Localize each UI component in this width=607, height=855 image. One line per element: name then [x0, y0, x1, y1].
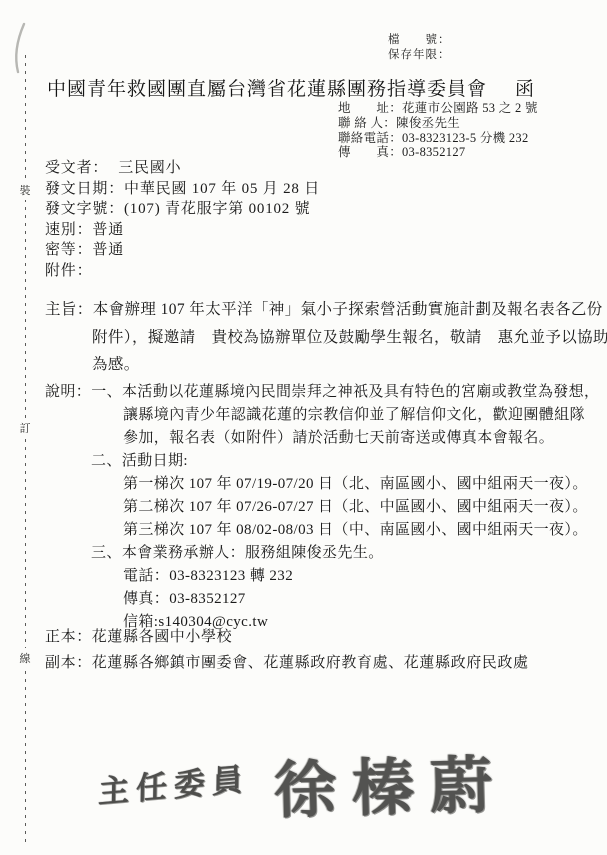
document-meta-fields: 受文者：三民國小 發文日期：中華民國 107 年 05 月 28 日 發文字號：…: [45, 158, 320, 282]
binding-mark-ding: 訂: [17, 418, 33, 438]
subject-line: 本會辦理 107 年太平洋「神」氣小子探索營活動實施計劃及報名表各乙份（如: [93, 296, 607, 324]
signature-block: 主任委員 徐榛蔚: [98, 738, 508, 827]
item-1-line: 參加，報名表（如附件）請於活動七天前寄送或傳真本會報名。: [45, 427, 599, 450]
item-2-session-line: 第二梯次 107 年 07/26-07/27 日（北、中區國小、國中組兩天一夜）…: [45, 496, 599, 519]
signer-name-calligraphy: 徐榛蔚: [273, 735, 509, 830]
item-3-fax-line: 傳真：03-8352127: [45, 588, 599, 611]
item-3-phone-line: 電話：03-8323123 轉 232: [45, 565, 599, 588]
signer-title-calligraphy: 主任委員: [98, 753, 250, 811]
item-3-title: 本會業務承辦人：服務組陳俊丞先生。: [122, 545, 384, 561]
attachment-label: 附件：: [45, 263, 92, 279]
recipient-field: 受文者：三民國小: [45, 158, 320, 179]
contact-fax: 傳 真：03-8352127: [338, 145, 538, 160]
original-copy-line: 正本：花蓮縣各國中小學校: [45, 625, 529, 651]
item-1-line: 本活動以花蓮縣境內民間崇拜之神祇及具有特色的宮廟或教堂為發想，: [122, 384, 599, 400]
issue-date-field: 發文日期：中華民國 107 年 05 月 28 日: [45, 179, 320, 200]
agency-contact-block: 地 址：花蓮市公園路 53 之 2 號 聯 絡 人：陳俊丞先生 聯絡電話：03-…: [338, 101, 538, 160]
item-1-number: 一、: [91, 384, 122, 400]
contact-person: 聯 絡 人：陳俊丞先生: [338, 116, 538, 131]
file-number-label: 檔 號：: [388, 33, 451, 48]
issue-date-value: 中華民國 107 年 05 月 28 日: [124, 181, 320, 197]
document-type: 函: [515, 74, 535, 101]
security-field: 密等：普通: [45, 240, 320, 261]
file-number-block: 檔 號： 保存年限：: [388, 33, 451, 63]
description-item-2: 二、活動日期:: [45, 450, 599, 473]
contact-address: 地 址：花蓮市公園路 53 之 2 號: [338, 101, 538, 116]
speed-field: 速別：普通: [45, 220, 320, 241]
scanned-official-letter: 裝 訂 線 檔 號： 保存年限： 中國青年救國團直屬台灣省花蓮縣團務指導委員會 …: [0, 0, 607, 855]
doc-number-value: (107) 青花服字第 00102 號: [124, 201, 310, 217]
item-1-line: 讓縣境內青少年認識花蓮的宗教信仰並了解信仰文化，歡迎團體組隊: [45, 404, 599, 427]
doc-number-label: 發文字號：: [45, 201, 124, 217]
item-2-session-line: 第一梯次 107 年 07/19-07/20 日（北、南區國小、國中組兩天一夜）…: [45, 473, 599, 496]
doc-number-field: 發文字號：(107) 青花服字第 00102 號: [45, 199, 320, 220]
cc-copy-line: 副本：花蓮縣各鄉鎮市團委會、花蓮縣政府教育處、花蓮縣政府民政處: [45, 651, 529, 677]
pen-stroke-mark: [10, 20, 32, 80]
description-label: 說明：: [45, 384, 91, 400]
issue-date-label: 發文日期：: [45, 181, 124, 197]
description-item-3: 三、本會業務承辦人：服務組陳俊丞先生。: [45, 542, 599, 565]
item-3-number: 三、: [91, 545, 122, 561]
speed-value: 普通: [92, 222, 124, 238]
description-section: 說明：一、本活動以花蓮縣境內民間崇拜之神祇及具有特色的宮廟或教堂為發想， 讓縣境…: [45, 381, 599, 634]
binding-dashed-line: [25, 55, 26, 847]
copies-section: 正本：花蓮縣各國中小學校 副本：花蓮縣各鄉鎮市團委會、花蓮縣政府教育處、花蓮縣政…: [45, 625, 529, 676]
issuing-agency-title: 中國青年救國團直屬台灣省花蓮縣團務指導委員會: [47, 74, 487, 101]
document-title-row: 中國青年救國團直屬台灣省花蓮縣團務指導委員會 函: [47, 74, 535, 101]
recipient-value: 三民國小: [118, 160, 181, 176]
description-item-1: 說明：一、本活動以花蓮縣境內民間崇拜之神祇及具有特色的宮廟或教堂為發想，: [45, 381, 599, 404]
subject-line: 附件），擬邀請 貴校為協辦單位及鼓勵學生報名，敬請 惠允並予以協助: [45, 324, 607, 352]
subject-section: 主旨：本會辦理 107 年太平洋「神」氣小子探索營活動實施計劃及報名表各乙份（如…: [45, 296, 607, 379]
item-2-number: 二、: [91, 453, 122, 469]
security-label: 密等：: [45, 242, 92, 258]
binding-mark-xian: 線: [17, 648, 33, 668]
subject-line: 為感。: [45, 351, 607, 379]
security-value: 普通: [92, 242, 124, 258]
item-2-session-line: 第三梯次 107 年 08/02-08/03 日（中、南區國小、國中組兩天一夜）…: [45, 519, 599, 542]
retention-period-label: 保存年限：: [388, 48, 451, 63]
item-2-title: 活動日期:: [122, 453, 188, 469]
binding-mark-zhuang: 裝: [17, 180, 33, 200]
speed-label: 速別：: [45, 222, 92, 238]
attachment-field: 附件：: [45, 261, 320, 282]
recipient-label: 受文者：: [45, 160, 108, 176]
contact-phone: 聯絡電話：03-8323123-5 分機 232: [338, 131, 538, 146]
subject-label: 主旨：: [45, 296, 93, 324]
